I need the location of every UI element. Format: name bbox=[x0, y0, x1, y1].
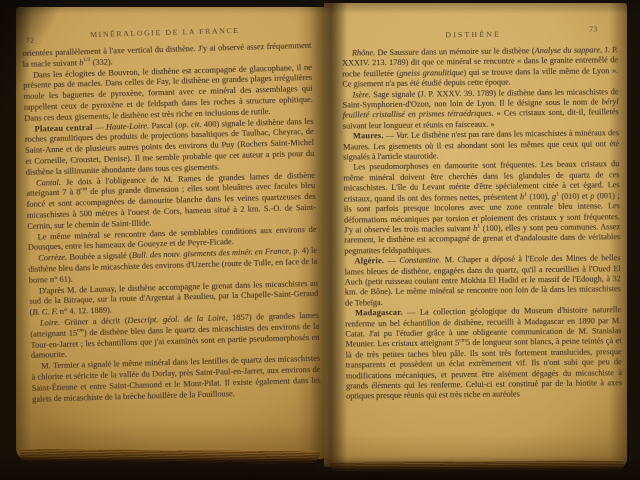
left-page-content: 72 MINÉRALOGIE DE LA FRANCE orientées pa… bbox=[10, 3, 331, 463]
right-page-bottom-edge bbox=[330, 460, 624, 473]
paragraph: Cantal. Je dois à l'obligeance de M. Ram… bbox=[26, 170, 316, 232]
right-running-head: DISTHÈNE bbox=[322, 28, 625, 41]
left-running-head: MINÉRALOGIE DE LA FRANCE bbox=[11, 24, 319, 42]
book-gutter-shadow bbox=[310, 0, 348, 472]
book-photo: 72 MINÉRALOGIE DE LA FRANCE orientées pa… bbox=[0, 0, 640, 480]
paragraph: Maures. — Var. Le disthène n'est pas rar… bbox=[343, 128, 619, 163]
left-page-bottom-edge bbox=[20, 449, 320, 465]
paragraph: Isère. Sage signale (J. P. XXXV. 39. 178… bbox=[342, 87, 618, 132]
right-text-block: Rhône. De Saussure dans un mémoire sur l… bbox=[342, 45, 622, 402]
paragraph: Dans les éclogites de Bouvron, le disthè… bbox=[23, 62, 313, 124]
paragraph: Madagascar. — La collection géologique d… bbox=[345, 305, 622, 402]
right-page: 73 DISTHÈNE Rhône. De Saussure dans un m… bbox=[324, 3, 627, 467]
paragraph: Plateau central — Haute-Loire. Pascal (o… bbox=[24, 116, 314, 178]
paragraph: Les pseudomorphoses en damourite sont fr… bbox=[343, 160, 620, 257]
left-text-block: orientées parallèlement à l'axe vertical… bbox=[22, 41, 321, 405]
paragraph: Algérie. — Constantine. M. Chaper a dépo… bbox=[344, 253, 621, 308]
left-page: 72 MINÉRALOGIE DE LA FRANCE orientées pa… bbox=[16, 7, 324, 459]
paragraph: M. Termier a signalé le même minéral dan… bbox=[31, 354, 321, 405]
right-page-content: 73 DISTHÈNE Rhône. De Saussure dans un m… bbox=[321, 1, 630, 469]
paragraph: Rhône. De Saussure dans un mémoire sur l… bbox=[342, 45, 618, 90]
